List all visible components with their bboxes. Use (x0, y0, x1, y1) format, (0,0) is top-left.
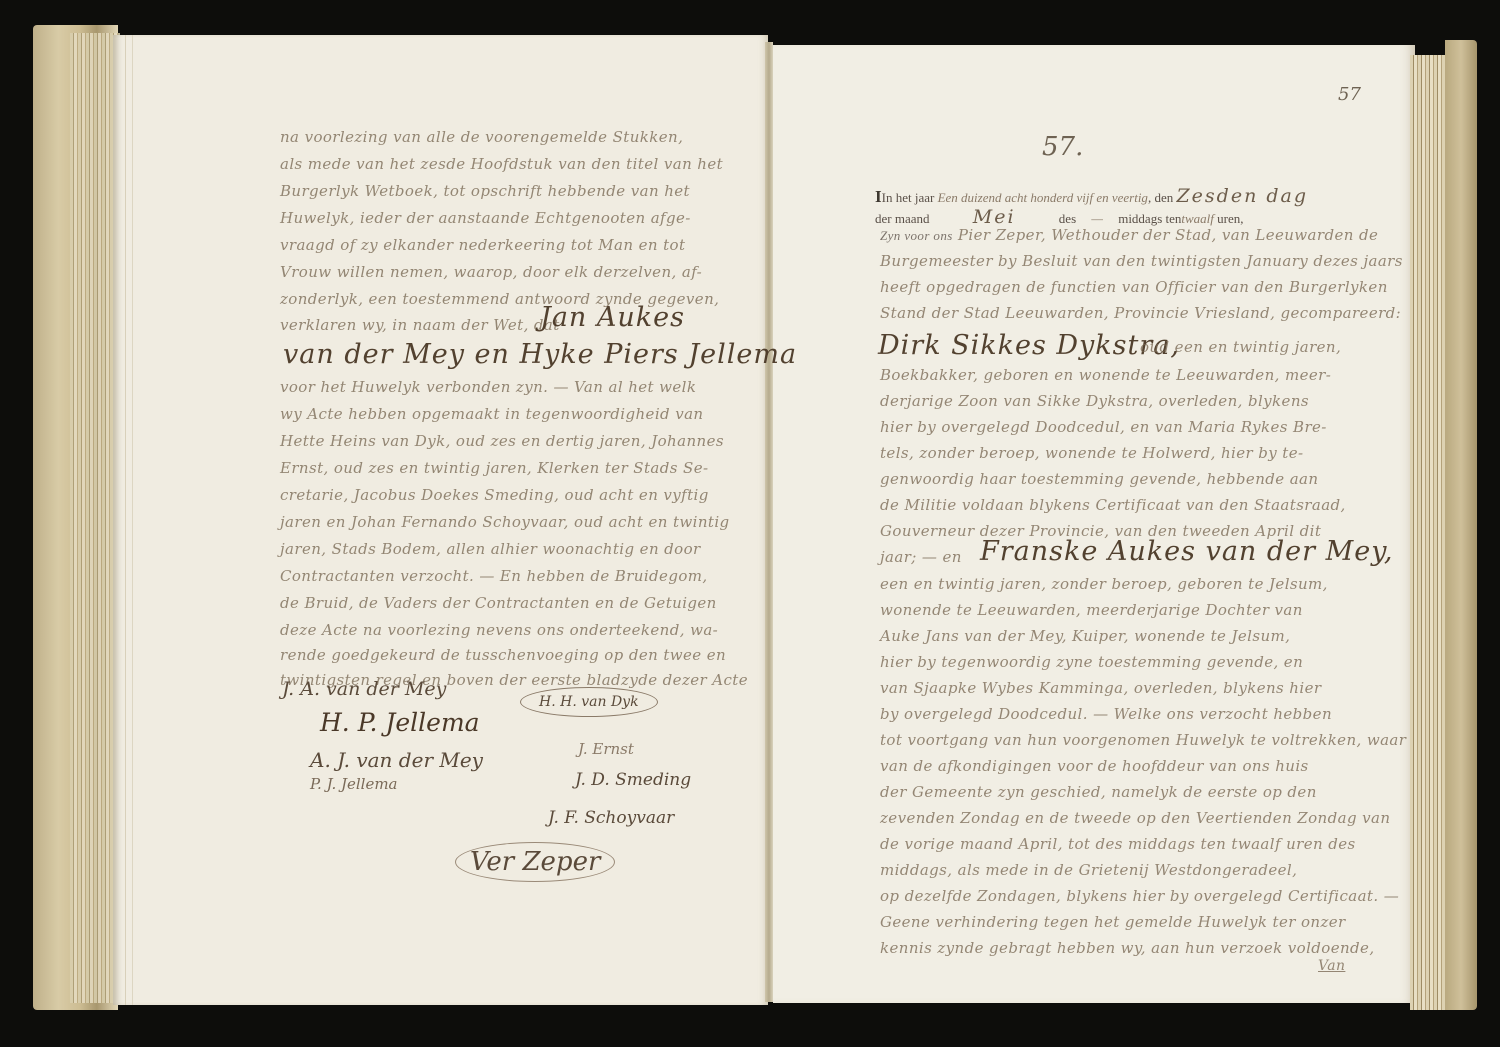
signature-groom: J. A. van der Mey (282, 678, 446, 700)
signature-father-groom: A. J. van der Mey (310, 748, 483, 772)
right-line: derjarige Zoon van Sikke Dykstra, overle… (880, 392, 1309, 410)
couple-names-line2: van der Mey en Hyke Piers Jellema (283, 339, 797, 370)
bride-name: Franske Aukes van der Mey, (980, 536, 1394, 567)
left-line: verklaren wy, in naam der Wet, dat (280, 316, 560, 334)
right-line: van Sjaapke Wybes Kamminga, overleden, b… (880, 679, 1321, 697)
folio-number: 57 (1338, 84, 1361, 105)
right-line: Zyn voor ons Pier Zeper, Wethouder der S… (880, 226, 1378, 244)
open-register-book: na voorlezing van alle de voorengemelde … (0, 0, 1500, 1047)
right-line: tot voortgang van hun voorgenomen Huwely… (880, 731, 1406, 749)
right-line: tels, zonder beroep, wonende te Holwerd,… (880, 444, 1303, 462)
printed-header-line2: der maand Mei des — middags tentwaalf ur… (875, 206, 1244, 228)
right-line: wonende te Leeuwarden, meerderjarige Doc… (880, 601, 1303, 619)
signature-witness-schoyvaar: J. F. Schoyvaar (548, 808, 674, 828)
signature-bride: H. P. Jellema (320, 708, 480, 737)
drop-cap: I (875, 187, 882, 206)
left-line: wy Acte hebben opgemaakt in tegenwoordig… (280, 405, 703, 423)
book-gutter (765, 42, 773, 1002)
signature-witness-smeding: J. D. Smeding (575, 770, 691, 790)
left-line: jaren, Stads Bodem, allen alhier woonach… (280, 540, 701, 558)
right-line: van de afkondigingen voor de hoofddeur v… (880, 757, 1309, 775)
daypart-field: — (1091, 211, 1103, 226)
right-line: by overgelegd Doodcedul. — Welke ons ver… (880, 705, 1332, 723)
right-line: Auke Jans van der Mey, Kuiper, wonende t… (880, 627, 1290, 645)
left-line: na voorlezing van alle de voorengemelde … (280, 128, 683, 146)
right-line: op dezelfde Zondagen, blykens hier by ov… (880, 887, 1399, 905)
couple-names-line1: Jan Aukes (540, 302, 685, 333)
right-line: zevenden Zondag en de tweede op den Veer… (880, 809, 1390, 827)
left-line: Vrouw willen nemen, waarop, door elk der… (280, 263, 702, 281)
right-line: een en twintig jaren, zonder beroep, geb… (880, 575, 1328, 593)
right-line: de Militie voldaan blykens Certificaat v… (880, 496, 1346, 514)
right-line: Burgemeester by Besluit van den twintigs… (880, 252, 1403, 270)
left-line: rende goedgekeurd de tusschenvoeging op … (280, 646, 726, 664)
signature-official: Ver Zeper (455, 842, 615, 882)
left-line: Hette Heins van Dyk, oud zes en dertig j… (280, 432, 724, 450)
right-line: de vorige maand April, tot des middags t… (880, 835, 1356, 853)
left-line: Huwelyk, ieder der aanstaande Echtgenoot… (280, 209, 691, 227)
left-line: Contractanten verzocht. — En hebben de B… (280, 567, 708, 585)
left-line: als mede van het zesde Hoofdstuk van den… (280, 155, 723, 173)
year-text: Een duizend acht honderd vijf en veertig (938, 190, 1148, 205)
groom-age: oud een en twintig jaren, (1140, 338, 1341, 356)
catchword: Van (1318, 958, 1345, 974)
right-line: Stand der Stad Leeuwarden, Provincie Vri… (880, 304, 1401, 322)
left-line: voor het Huwelyk verbonden zyn. — Van al… (280, 378, 696, 396)
printed-header-line1: IIn het jaar Een duizend acht honderd vi… (875, 185, 1308, 207)
right-line: genwoordig haar toestemming gevende, heb… (880, 470, 1318, 488)
right-line: der Gemeente zyn geschied, namelyk de ee… (880, 783, 1317, 801)
right-line: hier by overgelegd Doodcedul, en van Mar… (880, 418, 1327, 436)
left-line: Burgerlyk Wetboek, tot opschrift hebbend… (280, 182, 690, 200)
right-line: heeft opgedragen de functien van Officie… (880, 278, 1388, 296)
left-line: deze Acte na voorlezing nevens ons onder… (280, 621, 718, 639)
signature-father-bride: P. J. Jellema (310, 775, 398, 793)
left-line: vraagd of zy elkander nederkeering tot M… (280, 236, 685, 254)
day-field: Zesden dag (1176, 185, 1308, 207)
left-line: cretarie, Jacobus Doekes Smeding, oud ac… (280, 486, 709, 504)
left-line: de Bruid, de Vaders der Contractanten en… (280, 594, 717, 612)
signature-witness-van-dyk: H. H. van Dyk (520, 687, 658, 717)
right-line: middags, als mede in de Grietenij Westdo… (880, 861, 1297, 879)
right-line: jaar; — en (880, 548, 962, 566)
right-line: Boekbakker, geboren en wonende te Leeuwa… (880, 366, 1331, 384)
groom-name: Dirk Sikkes Dykstra, (878, 330, 1180, 361)
right-cover-edge (1445, 40, 1477, 1010)
act-number: 57. (1042, 132, 1083, 162)
month-field: Mei (973, 206, 1016, 228)
right-line: kennis zynde gebragt hebben wy, aan hun … (880, 939, 1375, 957)
right-line: Geene verhindering tegen het gemelde Huw… (880, 913, 1346, 931)
signature-witness-ernst: J. Ernst (578, 740, 634, 758)
left-page-fold (125, 35, 133, 1005)
right-line: hier by tegenwoordig zyne toestemming ge… (880, 653, 1303, 671)
left-line: Ernst, oud zes en twintig jaren, Klerken… (280, 459, 708, 477)
hour-field: twaalf (1181, 211, 1214, 226)
left-line: jaren en Johan Fernando Schoyvaar, oud a… (280, 513, 730, 531)
